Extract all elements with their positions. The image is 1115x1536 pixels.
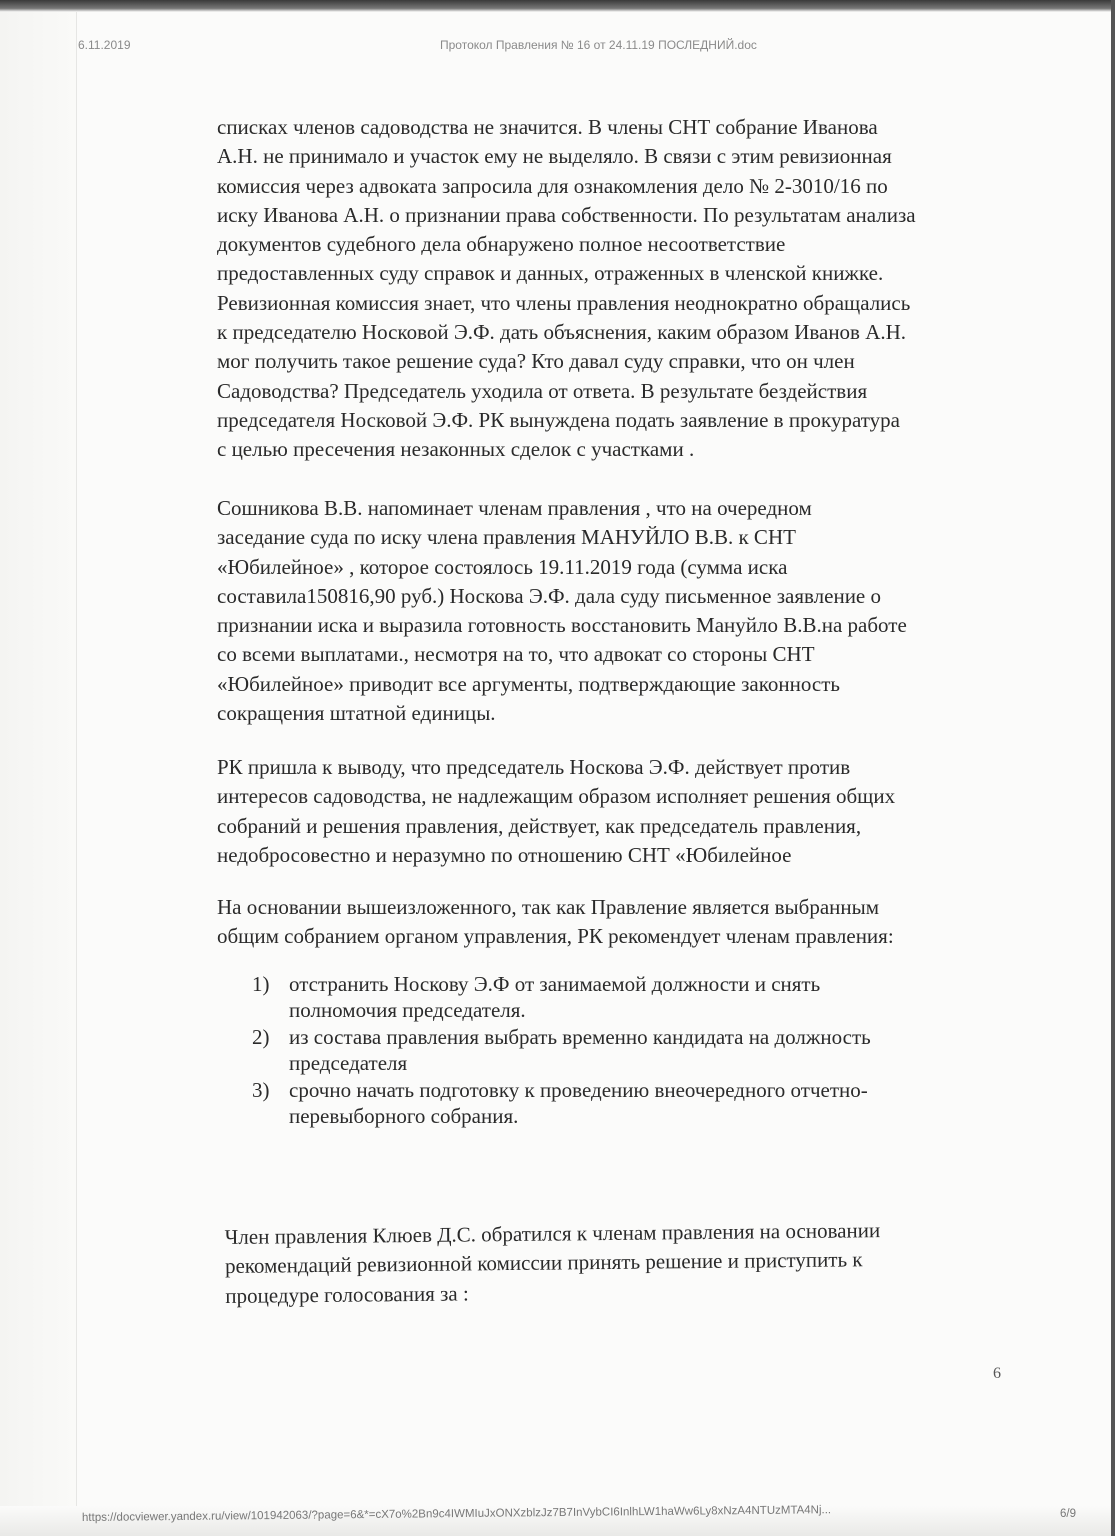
scan-right-edge <box>1111 0 1115 1536</box>
paragraph-recommendation-intro: На основании вышеизложенного, так как Пр… <box>217 893 894 952</box>
paragraph-vote-proposal: Член правления Клюев Д.С. обратился к чл… <box>225 1216 881 1311</box>
page-number: 6 <box>993 1365 1001 1383</box>
paragraph-conclusion: РК пришла к выводу, что председатель Нос… <box>217 753 895 870</box>
print-date: 6.11.2019 <box>78 38 131 52</box>
item-text: из состава правления выбрать временно ка… <box>289 1025 871 1075</box>
item-number: 2) <box>252 1024 270 1050</box>
recommendation-item: 3) срочно начать подготовку к проведению… <box>252 1077 972 1129</box>
scan-left-margin <box>0 12 77 1536</box>
recommendations-list: 1) отстранить Носкову Э.Ф от занимаемой … <box>252 971 972 1130</box>
item-text: срочно начать подготовку к проведению вн… <box>289 1078 868 1128</box>
paragraph-audit-findings: списках членов садоводства не значится. … <box>217 113 1017 465</box>
recommendation-item: 1) отстранить Носкову Э.Ф от занимаемой … <box>252 971 972 1023</box>
document-body: списках членов садоводства не значится. … <box>217 113 1017 465</box>
scan-top-edge <box>0 0 1115 12</box>
recommendation-item: 2) из состава правления выбрать временно… <box>252 1024 972 1076</box>
document-filename: Протокол Правления № 16 от 24.11.19 ПОСЛ… <box>440 38 757 52</box>
item-text: отстранить Носкову Э.Ф от занимаемой дол… <box>289 972 820 1022</box>
item-number: 1) <box>252 971 270 997</box>
item-number: 3) <box>252 1077 270 1103</box>
paragraph-court-case: Сошникова В.В. напоминает членам правлен… <box>217 494 907 728</box>
print-page-counter: 6/9 <box>1060 1508 1076 1520</box>
